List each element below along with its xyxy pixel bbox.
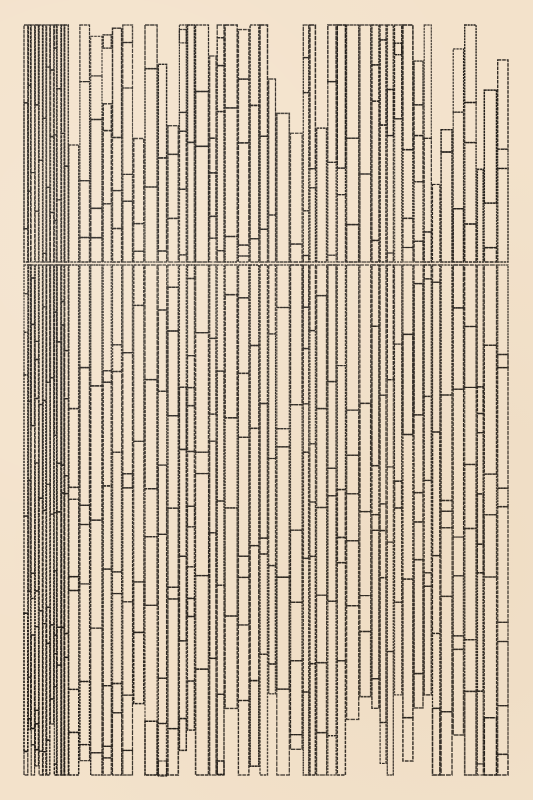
generative-artwork-canvas <box>0 0 533 800</box>
